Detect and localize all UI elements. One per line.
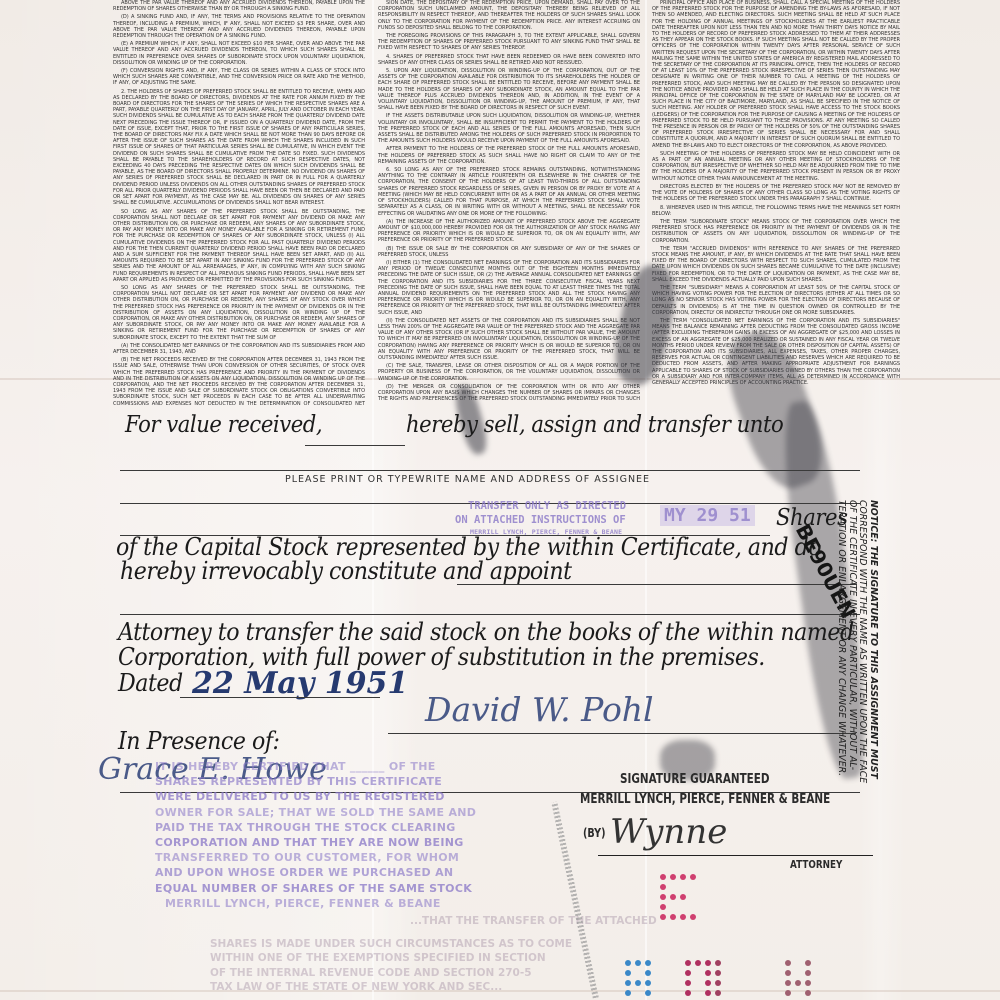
certification-stamp-line: CORPORATION AND THAT THEY ARE NOW BEING: [155, 836, 464, 849]
legal-paragraph: 2. THE HOLDERS OF SHARES OF PREFERRED ST…: [113, 89, 365, 207]
legal-paragraph: THE TERM "ACCRUED DIVIDENDS" WITH REFERE…: [652, 246, 900, 283]
legal-paragraph: SO LONG AS ANY SHARES OF THE PREFERRED S…: [113, 285, 365, 341]
legal-paragraph: SION DATE, THE DEPOSITARY OF THE REDEMPT…: [378, 0, 640, 31]
assignor-signature[interactable]: David W. Pohl: [425, 690, 654, 729]
legal-paragraph: (D) THE MERGER OR CONSOLIDATION OF THE C…: [378, 384, 640, 402]
attorney-transfer-line: Attorney to transfer the said stock on t…: [118, 618, 854, 646]
certification-stamp-line: PAID THE TAX THROUGH THE STOCK CLEARING: [155, 821, 456, 834]
guarantee-by-label: (BY): [583, 826, 606, 840]
legal-paragraph: ABOVE THE PAR VALUE THEREOF AND ANY ACCR…: [113, 0, 365, 12]
legal-paragraph: (C) THE SALE, TRANSFER, LEASE OR OTHER D…: [378, 363, 640, 382]
legal-paragraph: (E) A PREMIUM WHICH, IF ANY, SHALL NOT E…: [113, 41, 365, 66]
notice-line: NOTICE: THE SIGNATURE TO THIS ASSIGNMENT…: [868, 500, 879, 770]
certification-stamp-line: EQUAL NUMBER OF SHARES OF THE SAME STOCK: [155, 882, 472, 895]
legal-paragraph: (A) THE CONSOLIDATED NET EARNINGS OF THE…: [113, 343, 365, 355]
legal-paragraph: PRINCIPAL OFFICE AND PLACE OF BUSINESS, …: [652, 0, 900, 149]
legal-paragraph: THE FOREGOING PROVISIONS OF THIS PARAGRA…: [378, 33, 640, 52]
legal-paragraph: (B) THE NET PROCEEDS RECEIVED BY THE COR…: [113, 357, 365, 407]
fold-crease: [372, 0, 374, 1000]
legal-paragraph: (D) A SINKING FUND AND, IF ANY, THE TERM…: [113, 14, 365, 39]
legal-text-column-1: ABOVE THE PAR VALUE THEREOF AND ANY ACCR…: [113, 0, 365, 407]
legal-paragraph: AFTER PAYMENT TO THE HOLDERS OF THE PREF…: [378, 146, 640, 165]
for-value-received-label: For value received,: [125, 412, 322, 438]
certification-stamp-line: OWNER FOR SALE; THAT WE SOLD THE SAME AN…: [155, 806, 476, 819]
legal-paragraph: (B) THE ISSUE OR SALE BY THE CORPORATION…: [378, 246, 640, 258]
exemption-stamp-line: SHARES IS MADE UNDER SUCH CIRCUMSTANCES …: [210, 938, 572, 950]
legal-paragraph: (A) THE INCREASE OF THE AUTHORIZED AMOUN…: [378, 219, 640, 244]
exemption-stamp-line: WITHIN ONE OF THE EXEMPTIONS SPECIFIED I…: [210, 952, 546, 964]
in-presence-of-label: In Presence of:: [118, 727, 280, 755]
guarantor-signature-line: [598, 855, 873, 856]
certification-stamp-line: IT IS HEREBY CERTIFIED THAT ______ OF TH…: [155, 760, 436, 773]
legal-paragraph: IF THE ASSETS DISTRIBUTABLE UPON SUCH LI…: [378, 113, 640, 144]
date-stamp: MY 29 51: [660, 505, 755, 526]
guarantee-firm: MERRILL LYNCH, PIERCE, FENNER & BEANE: [580, 792, 830, 807]
constitute-appoint-label: hereby irrevocably constitute and appoin…: [120, 557, 572, 585]
legal-paragraph: THE TERM "SUBORDINATE STOCK" MEANS STOCK…: [652, 219, 900, 244]
certification-stamp-line: TRANSFERRED TO OUR CUSTOMER, FOR WHOM: [155, 851, 459, 864]
attorney-name-line[interactable]: [457, 584, 857, 585]
assignor-name-line[interactable]: [305, 445, 405, 446]
transfer-stamp-line: ON ATTACHED INSTRUCTIONS OF: [455, 514, 626, 526]
dated-value[interactable]: 22 May 1951: [192, 666, 408, 701]
notice-line: CORRESPOND WITH THE NAME AS WRITTEN UPON…: [857, 500, 868, 770]
guarantor-signature[interactable]: Wynne: [610, 812, 727, 852]
legal-paragraph: (II) THE CONSOLIDATED NET ASSETS OF THE …: [378, 318, 640, 361]
certification-stamp-line: SHARES REPRESENTED BY THIS CERTIFICATE: [155, 775, 442, 788]
legal-paragraph: 6. SO LONG AS ANY OF THE PREFERRED STOCK…: [378, 167, 640, 217]
transfer-stamp-line: MERRILL LYNCH, PIERCE, FENNER & BEANE: [470, 528, 622, 536]
legal-paragraph: DIRECTORS ELECTED BY THE HOLDERS OF THE …: [652, 184, 900, 203]
hereby-sell-label: hereby sell, assign and transfer unto: [406, 412, 783, 438]
certification-stamp-line: AND UPON WHOSE ORDER WE PURCHASED AN: [155, 866, 453, 879]
legal-paragraph: THE TERM "SUBSIDIARY" MEANS A CORPORATIO…: [652, 285, 900, 316]
attorney-name-line-2[interactable]: [120, 614, 860, 615]
exemption-stamp-line: ...THAT THE TRANSFER OF THE ATTACHED: [410, 915, 657, 927]
legal-paragraph: (F) CONVERSION RIGHTS AND, IF ANY, THE C…: [113, 68, 365, 87]
guarantee-role: ATTORNEY: [790, 858, 842, 871]
dated-label: Dated: [118, 669, 183, 697]
legal-paragraph: 4. SHARES OF PREFERRED STOCK THAT HAVE B…: [378, 54, 640, 66]
guarantee-heading: SIGNATURE GUARANTEED: [620, 772, 770, 787]
assignee-name-line[interactable]: [120, 470, 860, 471]
legal-paragraph: (I) EITHER (1) THE CONSOLIDATED NET EARN…: [378, 260, 640, 316]
legal-paragraph: SO LONG AS ANY SHARES OF THE PREFERRED S…: [113, 209, 365, 283]
notice-line: TERATION OR ENLARGEMENT OR ANY CHANGE WH…: [836, 500, 847, 770]
exemption-stamp-line: OF THE INTERNAL REVENUE CODE AND SECTION…: [210, 967, 532, 979]
date-line[interactable]: [180, 697, 380, 698]
certification-stamp-line: MERRILL LYNCH, PIERCE, FENNER & BEANE: [165, 897, 441, 910]
legal-text-column-3: PRINCIPAL OFFICE AND PLACE OF BUSINESS, …: [652, 0, 900, 384]
exemption-stamp-line: TAX LAW OF THE STATE OF NEW YORK AND SEC…: [210, 981, 502, 993]
legal-paragraph: SUCH MEETING OF THE HOLDERS OF PREFERRED…: [652, 151, 900, 182]
signature-line[interactable]: [388, 733, 856, 734]
assignee-caption: PLEASE PRINT OR TYPEWRITE NAME AND ADDRE…: [285, 474, 650, 485]
certification-stamp-line: WERE DELIVERED TO US BY THE REGISTERED: [155, 790, 445, 803]
legal-paragraph: 5. UPON ANY LIQUIDATION, DISSOLUTION OR …: [378, 68, 640, 111]
transfer-stamp-line: TRANSFER ONLY AS DIRECTED: [468, 500, 626, 512]
legal-paragraph: 8. WHEREVER USED IN THIS ARTICLE, THE FO…: [652, 205, 900, 217]
legal-text-column-2: SION DATE, THE DEPOSITARY OF THE REDEMPT…: [378, 0, 640, 402]
notice-line: OF THE CERTIFICATE IN EVERY PARTICULAR, …: [847, 500, 858, 770]
signature-notice: NOTICE: THE SIGNATURE TO THIS ASSIGNMENT…: [836, 500, 878, 770]
